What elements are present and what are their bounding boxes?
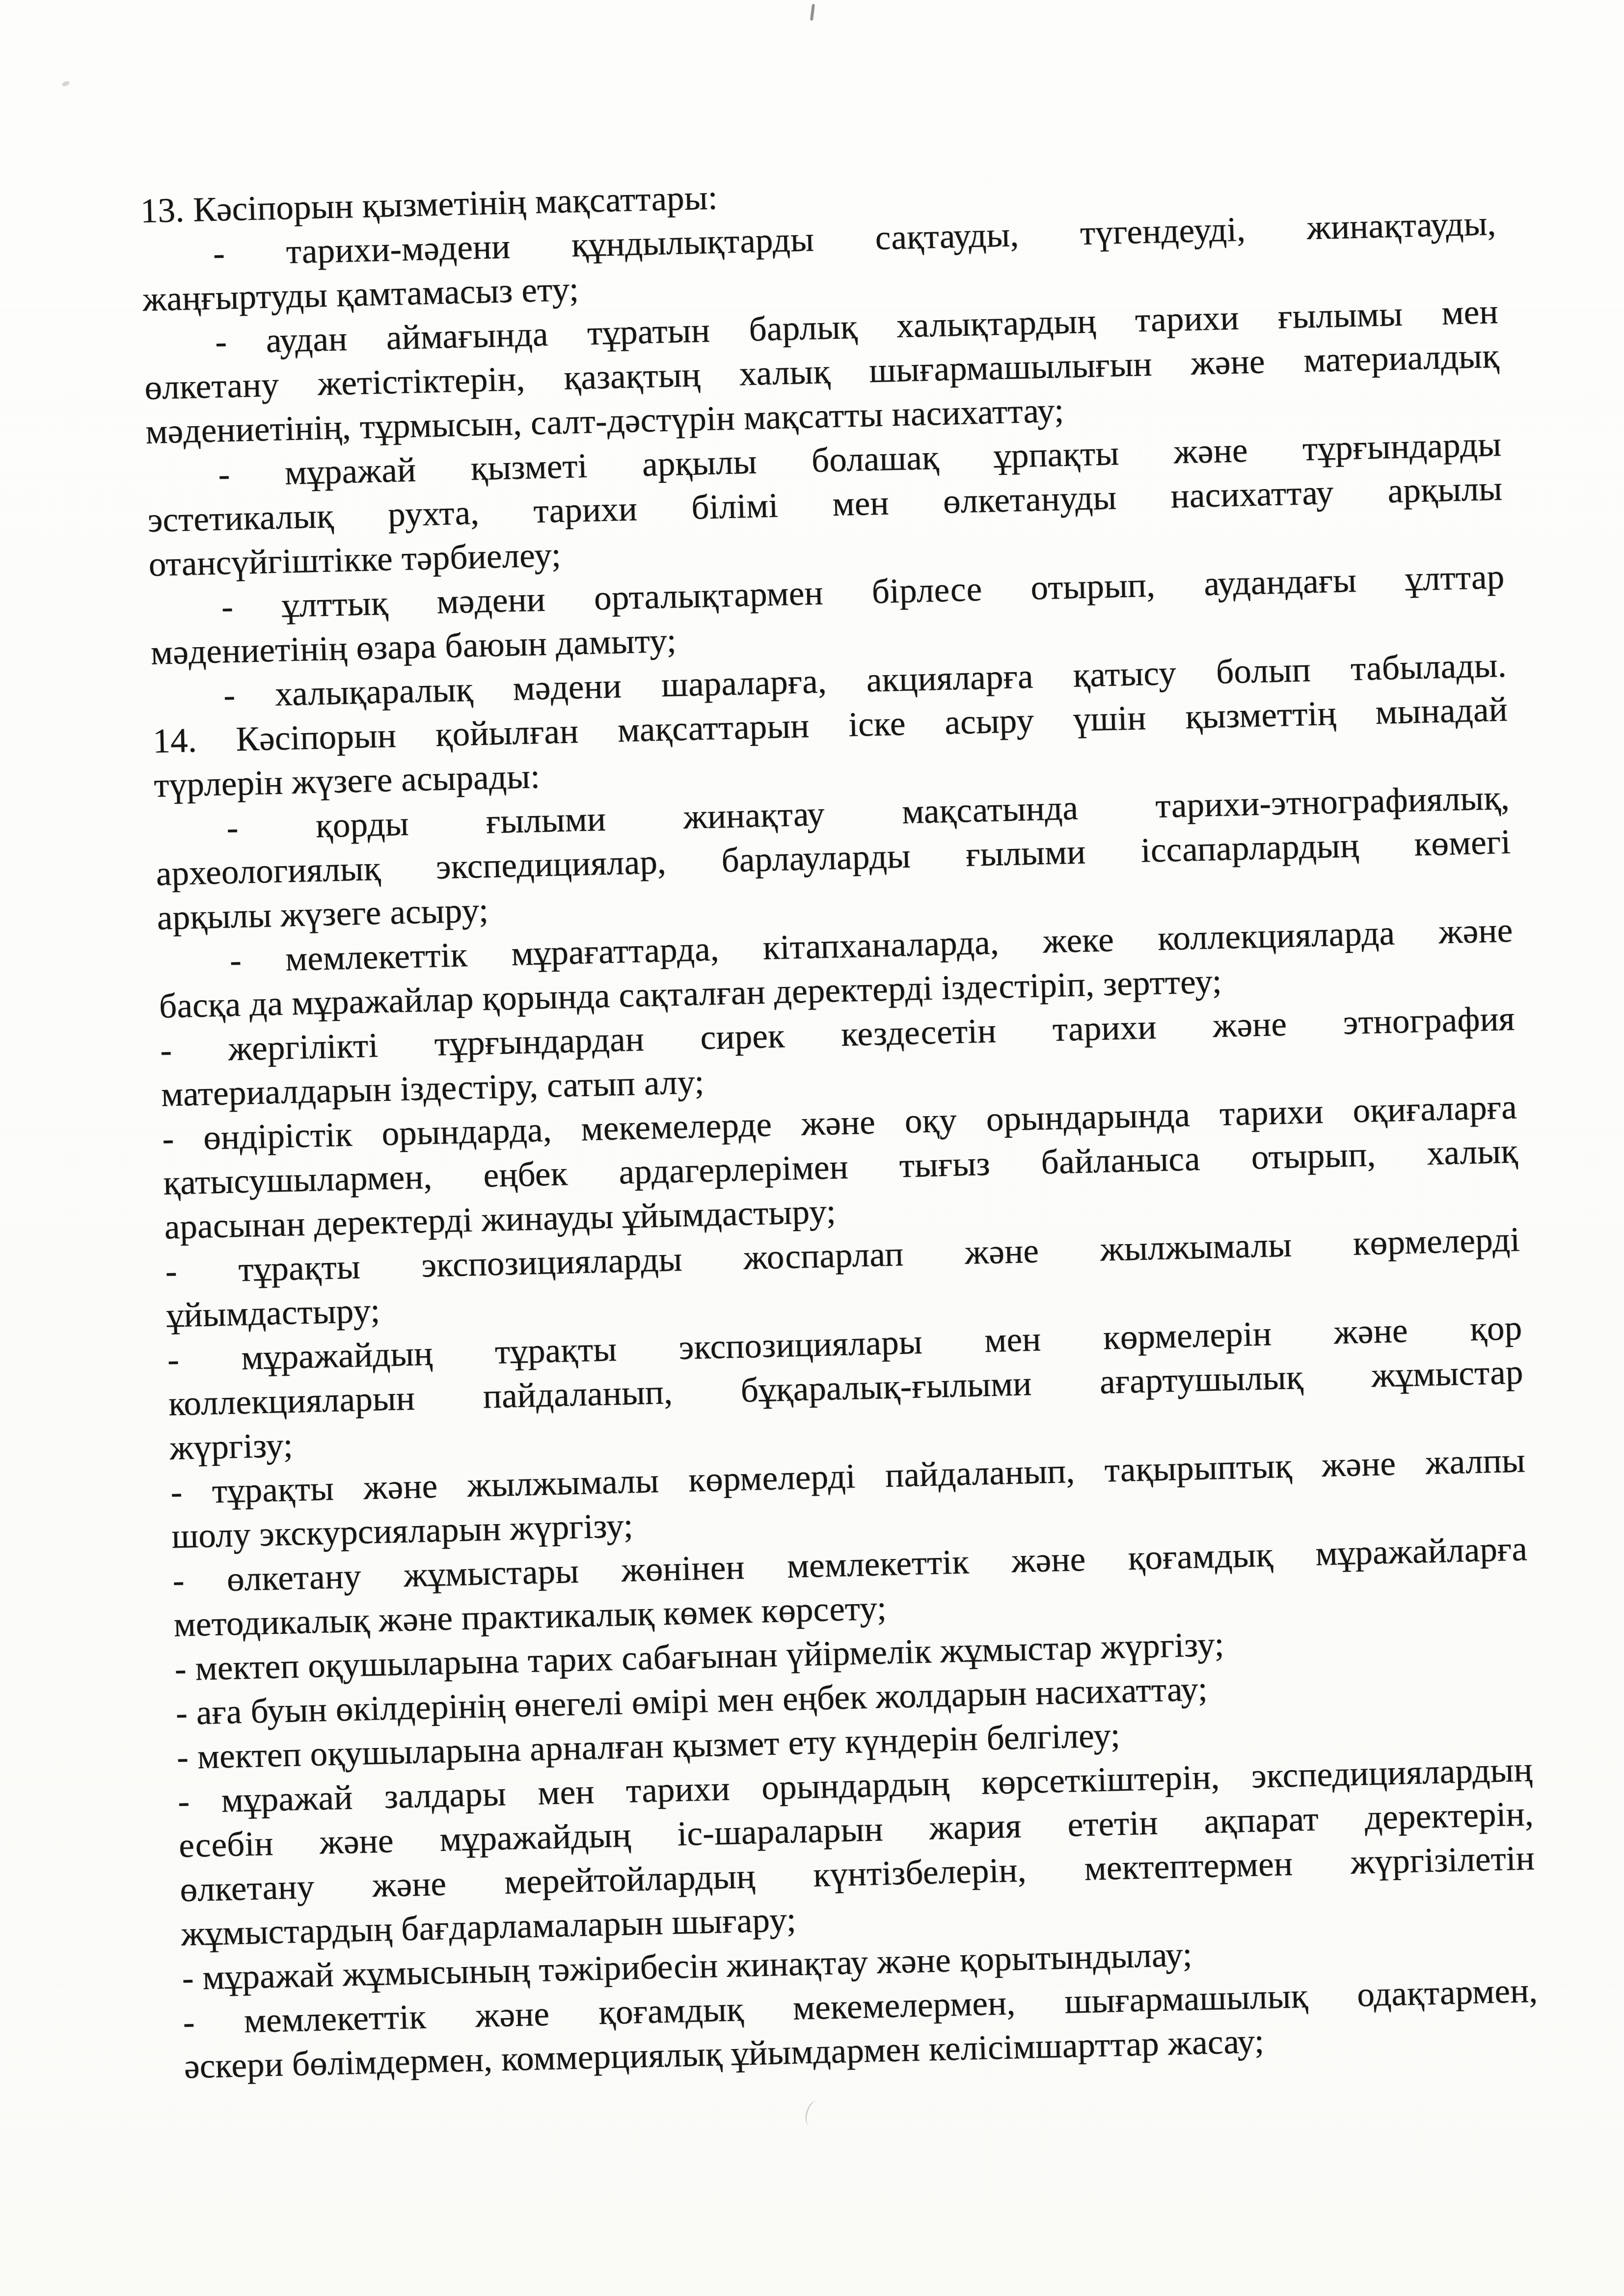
scan-speck-artifact (803, 2099, 824, 2128)
scanned-document-page: 13. Кәсіпорын қызметінің мақсаттары:- та… (0, 0, 1624, 2296)
document-text-block: 13. Кәсіпорын қызметінің мақсаттары:- та… (140, 157, 1539, 2089)
scan-speck-artifact (61, 81, 70, 87)
scan-speck-artifact (810, 4, 815, 21)
